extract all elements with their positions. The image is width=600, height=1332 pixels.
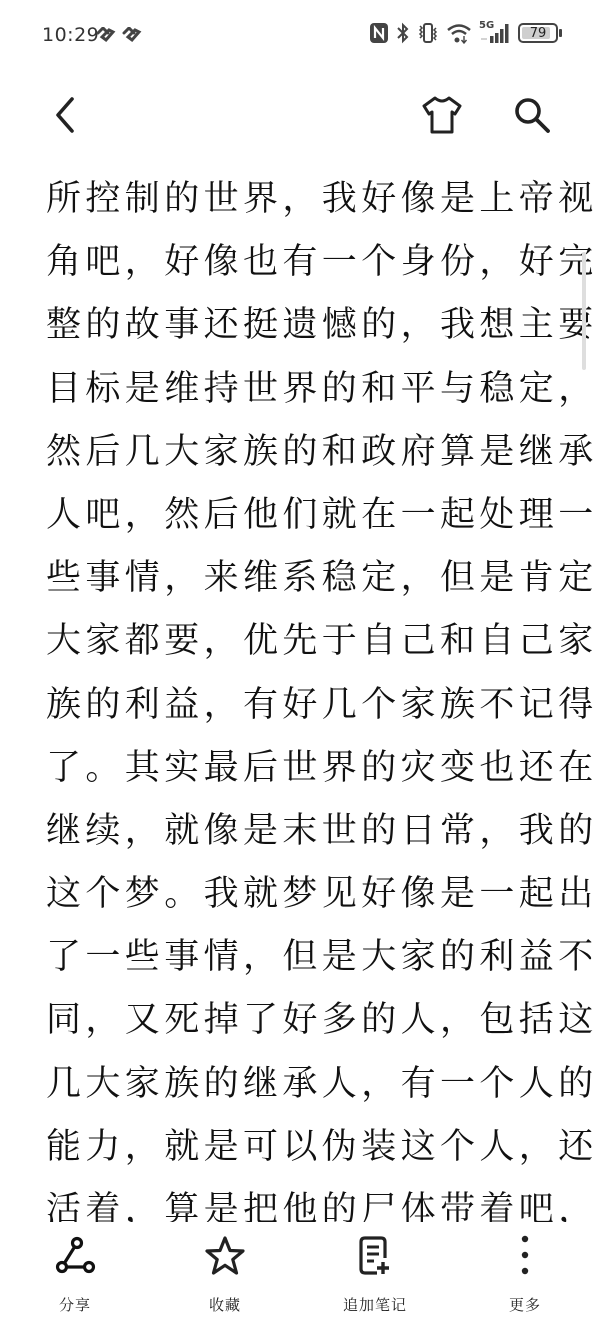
add-note-label: 追加笔记 — [343, 1294, 407, 1315]
text-line: 了。其实最后世界的灾变也还在 — [46, 737, 536, 800]
text-line: 所控制的世界，我好像是上帝视 — [46, 168, 536, 231]
text-line: 大家都要，优先于自己和自己家 — [46, 610, 536, 673]
scrollbar-thumb[interactable] — [582, 252, 586, 370]
text-line: 整的故事还挺遗憾的，我想主要 — [46, 294, 536, 357]
chevron-left-icon — [53, 96, 79, 134]
text-line: 些事情，来维系稳定，但是肯定 — [46, 547, 536, 610]
nfc-icon — [369, 22, 389, 44]
battery-nub — [559, 29, 562, 37]
star-icon — [203, 1234, 247, 1278]
battery-icon: 79 — [518, 23, 558, 43]
reader-header — [0, 80, 600, 150]
more-button[interactable]: 更多 — [465, 1226, 585, 1326]
theme-button[interactable] — [418, 91, 466, 139]
vibrate-icon — [417, 22, 439, 44]
text-line: 目标是维持世界的和平与稳定， — [46, 358, 536, 421]
share-icon — [53, 1234, 97, 1278]
favorite-button[interactable]: 收藏 — [165, 1226, 285, 1326]
search-button[interactable] — [508, 91, 556, 139]
text-line: 角吧，好像也有一个身份，好完 — [46, 231, 536, 294]
status-bar: 10:29 5G — [0, 0, 600, 70]
status-time: 10:29 — [42, 24, 99, 46]
battery-level: 79 — [530, 26, 547, 41]
more-vertical-icon — [515, 1231, 535, 1281]
text-line: 了一些事情，但是大家的利益不 — [46, 926, 536, 989]
search-icon — [512, 95, 552, 135]
more-label: 更多 — [509, 1294, 541, 1315]
add-note-icon — [353, 1234, 397, 1278]
text-line: 继续，就像是末世的日常，我的 — [46, 800, 536, 863]
battery-indicator: 79 — [518, 23, 562, 43]
add-note-button[interactable]: 追加笔记 — [315, 1226, 435, 1326]
text-line: 能力，就是可以伪装这个人，还 — [46, 1116, 536, 1179]
favorite-label: 收藏 — [209, 1294, 241, 1315]
text-line: 人吧，然后他们就在一起处理一 — [46, 484, 536, 547]
share-label: 分享 — [59, 1294, 91, 1315]
app-notification-icon — [96, 27, 116, 43]
text-line: 几大家族的继承人，有一个人的 — [46, 1053, 536, 1116]
app-notification-icon — [122, 27, 142, 43]
text-line: 然后几大家族的和政府算是继承 — [46, 421, 536, 484]
system-icons: 5G 79 — [369, 22, 562, 44]
text-line: 族的利益，有好几个家族不记得 — [46, 674, 536, 737]
back-button[interactable] — [42, 91, 90, 139]
wifi-icon — [446, 22, 472, 44]
notification-icons — [96, 27, 142, 43]
reader-content: 所控制的世界，我好像是上帝视 角吧，好像也有一个身份，好完 整的故事还挺遗憾的，… — [46, 168, 536, 1242]
text-line: 这个梦。我就梦见好像是一起出 — [46, 863, 536, 926]
bluetooth-icon — [396, 22, 410, 44]
bottom-toolbar: 分享 收藏 追加笔记 更多 — [0, 1222, 600, 1332]
text-line: 同，又死掉了好多的人，包括这 — [46, 989, 536, 1052]
signal-5g-icon: 5G — [479, 22, 511, 44]
tshirt-icon — [420, 95, 464, 135]
share-button[interactable]: 分享 — [15, 1226, 135, 1326]
